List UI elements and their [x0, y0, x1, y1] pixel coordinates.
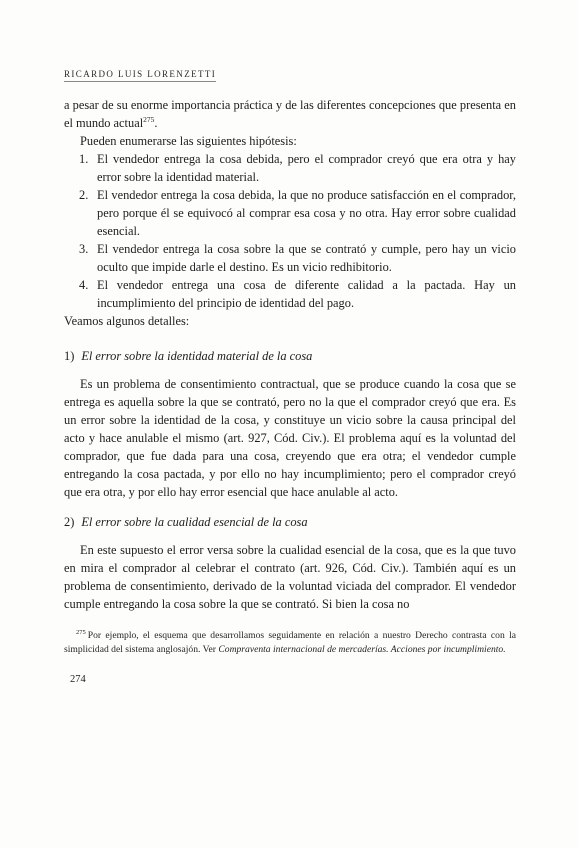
section-2-title: El error sobre la cualidad esencial de l…: [81, 515, 307, 529]
paragraph-continuation-period: .: [154, 116, 157, 130]
footnote-reference: 275: [143, 115, 154, 124]
hypotheses-list: 1. El vendedor entrega la cosa debida, p…: [79, 150, 516, 312]
list-item: 1. El vendedor entrega la cosa debida, p…: [79, 150, 516, 186]
list-item-text: El vendedor entrega una cosa de diferent…: [97, 276, 516, 312]
section-2-number: 2): [64, 515, 74, 529]
section-heading-1: 1)El error sobre la identidad material d…: [64, 347, 516, 365]
intro-line: Pueden enumerarse las siguientes hipótes…: [64, 132, 516, 150]
book-page: Ricardo Luis Lorenzetti a pesar de su en…: [0, 0, 578, 848]
section-1-title: El error sobre la identidad material de …: [81, 349, 312, 363]
list-item-number: 2.: [79, 186, 97, 240]
list-item-number: 1.: [79, 150, 97, 186]
running-header-text: Ricardo Luis Lorenzetti: [64, 69, 216, 82]
section-2-paragraph: En este supuesto el error versa sobre la…: [64, 541, 516, 613]
section-1-paragraph: Es un problema de consentimiento contrac…: [64, 375, 516, 501]
footnote: 275Por ejemplo, el esquema que desarroll…: [64, 629, 516, 656]
details-line: Veamos algunos detalles:: [64, 312, 516, 330]
list-item: 2. El vendedor entrega la cosa debida, l…: [79, 186, 516, 240]
list-item-text: El vendedor entrega la cosa sobre la que…: [97, 240, 516, 276]
list-item: 4. El vendedor entrega una cosa de difer…: [79, 276, 516, 312]
list-item: 3. El vendedor entrega la cosa sobre la …: [79, 240, 516, 276]
page-number: 274: [70, 671, 516, 689]
list-item-text: El vendedor entrega la cosa debida, la q…: [97, 186, 516, 240]
section-heading-2: 2)El error sobre la cualidad esencial de…: [64, 513, 516, 531]
list-item-number: 4.: [79, 276, 97, 312]
page-content: a pesar de su enorme importancia práctic…: [64, 96, 516, 689]
footnote-work-title: Compraventa internacional de mercaderías…: [218, 644, 505, 655]
list-item-number: 3.: [79, 240, 97, 276]
footnote-marker: 275: [76, 629, 86, 636]
list-item-text: El vendedor entrega la cosa debida, pero…: [97, 150, 516, 186]
section-1-number: 1): [64, 349, 74, 363]
running-header: Ricardo Luis Lorenzetti: [64, 64, 516, 77]
paragraph-continuation: a pesar de su enorme importancia práctic…: [64, 96, 516, 132]
paragraph-continuation-text: a pesar de su enorme importancia práctic…: [64, 98, 516, 130]
